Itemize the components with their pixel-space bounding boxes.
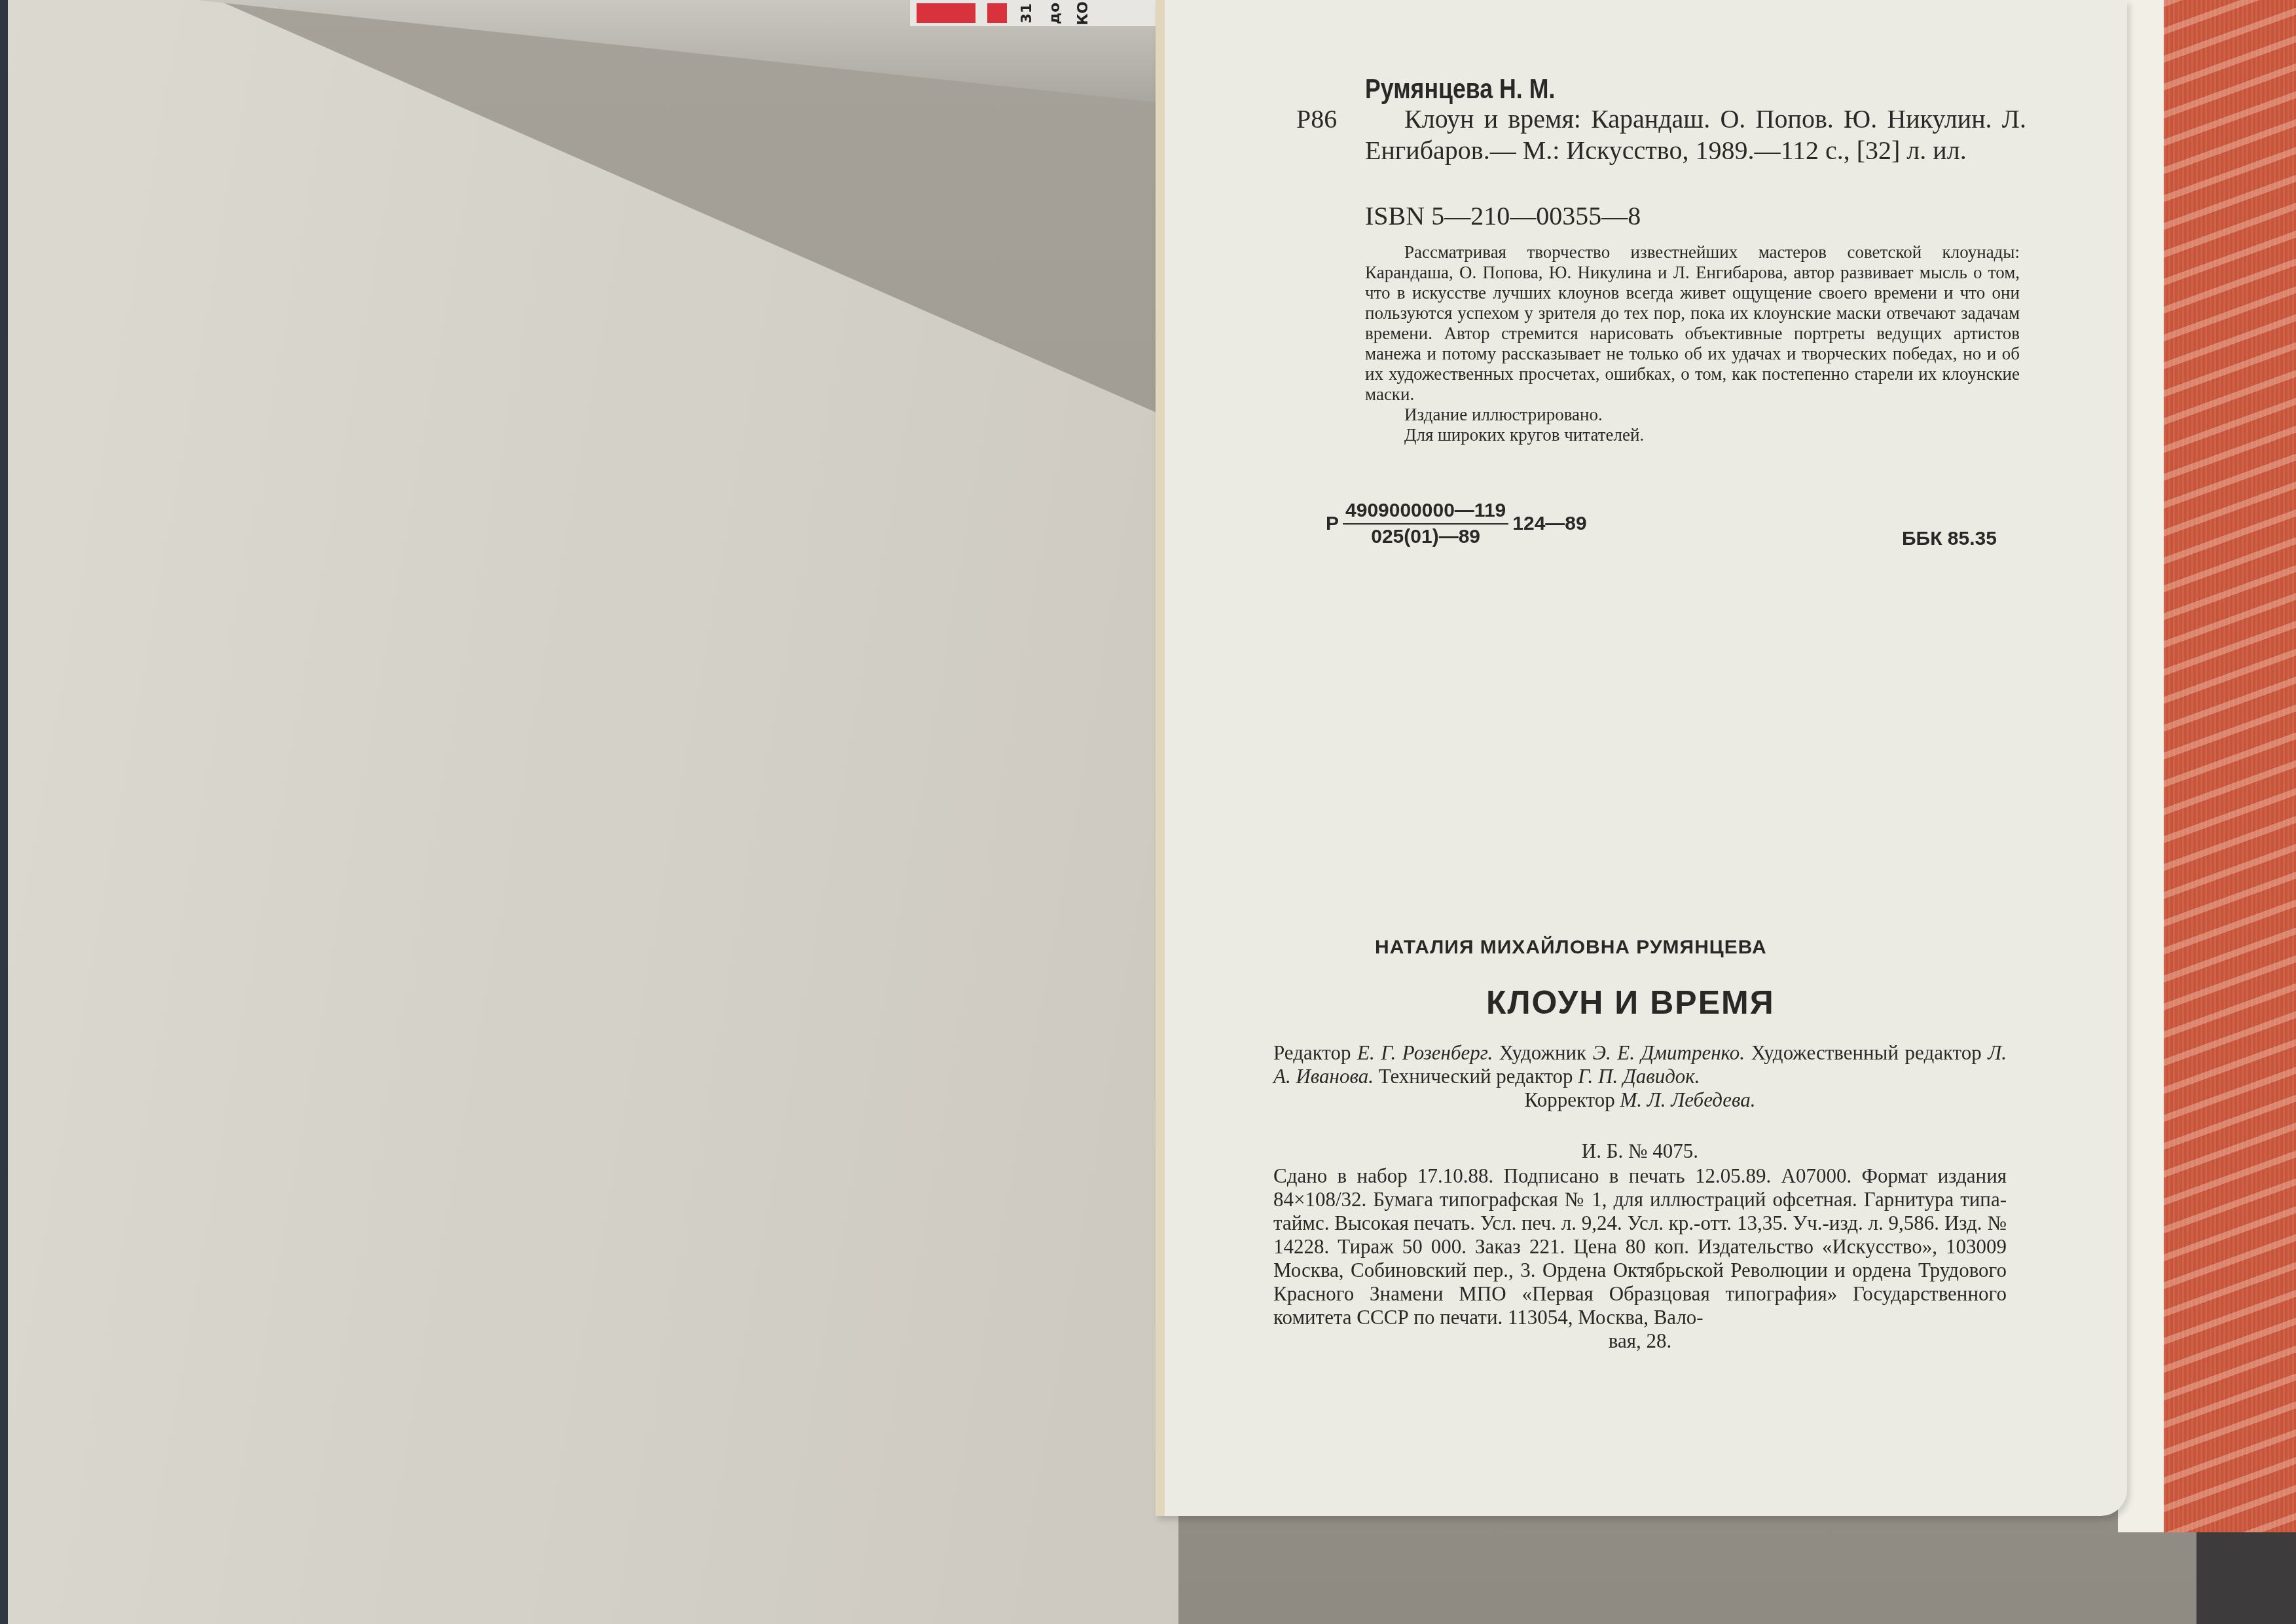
left-blank-page [7, 0, 1178, 1624]
scan-corner [2196, 1532, 2296, 1624]
credits: Редактор Е. Г. Розенберг. Художник Э. Е.… [1273, 1041, 2007, 1112]
proofreader-line: Корректор М. Л. Лебедева. [1273, 1088, 2007, 1112]
annotation-text: Рассматривая творчество известнейших мас… [1365, 242, 2020, 405]
publisher-code: Р 4909000000—119 025(01)—89 124—89 [1326, 500, 1587, 548]
annotation: Рассматривая творчество известнейших мас… [1365, 242, 2020, 445]
note-audience: Для широких кругов читателей. [1365, 425, 2020, 445]
editor-label: Редактор [1273, 1041, 1351, 1064]
editor-name: Е. Г. Розенберг. [1357, 1041, 1493, 1064]
catalog-author: Румянцева Н. М. [1365, 73, 1555, 105]
isbn: ISBN 5—210—00355—8 [1365, 200, 1641, 231]
red-print-block [917, 3, 975, 23]
imprint-text: Сдано в набор 17.10.88. Подписано в печа… [1273, 1164, 2007, 1329]
strip-text-2: до [1047, 3, 1063, 24]
background-book-strip: 31 до КО [910, 0, 1185, 26]
artist-name: Э. Е. Дмитренко. [1593, 1041, 1745, 1064]
bibliographic-entry: Клоун и время: Карандаш. О. Попов. Ю. Ни… [1365, 103, 2026, 166]
ib-number: И. Б. № 4075. [1273, 1139, 2007, 1163]
bbk-code: ББК 85.35 [1902, 528, 1997, 550]
artist-label: Художник [1499, 1041, 1586, 1064]
strip-text-1: 31 [1019, 3, 1035, 24]
code-prefix: Р [1326, 513, 1339, 535]
note-illustrated: Издание иллюстрировано. [1365, 405, 2020, 425]
code-fraction: 4909000000—119 025(01)—89 [1343, 500, 1508, 548]
imprint-last-line: вая, 28. [1273, 1329, 2007, 1353]
scan-edge [0, 0, 8, 1624]
art-editor-label: Художественный редактор [1751, 1041, 1982, 1064]
strip-text-3: КО [1075, 1, 1091, 26]
full-author-name: НАТАЛИЯ МИХАЙЛОВНА РУМЯНЦЕВА [1375, 936, 1767, 959]
code-denominator: 025(01)—89 [1371, 525, 1480, 548]
scanned-book-spread: 31 до КО Румянцева Н. М. Р86 Клоун и вре… [0, 0, 2296, 1624]
code-numerator: 4909000000—119 [1343, 500, 1508, 525]
tech-editor-name: Г. П. Давидок. [1578, 1065, 1700, 1088]
book-title: КЛОУН И ВРЕМЯ [1486, 984, 1775, 1022]
udc-code: Р86 [1296, 103, 1337, 134]
code-suffix: 124—89 [1512, 513, 1586, 535]
imprint-details: Сдано в набор 17.10.88. Подписано в печа… [1273, 1164, 2007, 1353]
red-print-mark [987, 3, 1007, 23]
proofreader-label: Корректор [1525, 1088, 1615, 1111]
tech-editor-label: Технический редактор [1379, 1065, 1573, 1088]
proofreader-name: М. Л. Лебедева. [1620, 1088, 1755, 1111]
red-illustration-image [2164, 0, 2296, 1532]
